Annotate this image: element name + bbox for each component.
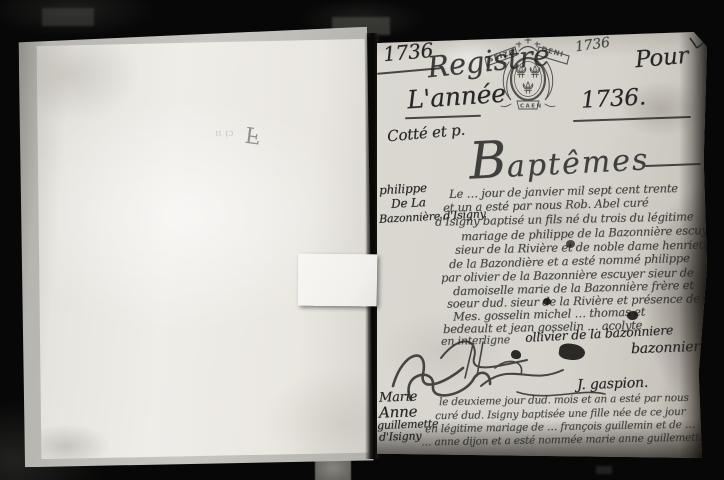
underline-flourish bbox=[573, 116, 691, 122]
year-annotation-right: 1736 bbox=[574, 35, 611, 56]
entry1-margin-line: De La bbox=[391, 195, 426, 211]
faint-ink-offset-mark: F bbox=[244, 121, 262, 148]
section-heading-baptemes: Baptêmes bbox=[468, 123, 651, 191]
corner-fold-mark bbox=[689, 36, 709, 52]
entry2-margin-line: d'Isigny bbox=[379, 429, 422, 443]
ink-blot bbox=[511, 350, 521, 359]
stamp-city-text: CAEN bbox=[520, 104, 543, 110]
background-smudge bbox=[596, 466, 612, 474]
cote-annotation: Cotté et p. bbox=[386, 121, 465, 146]
faint-ink-dots: ci ıı bbox=[215, 128, 233, 139]
right-manuscript-page: 1736 Registre SEIZ bbox=[377, 32, 707, 458]
underline-flourish bbox=[405, 115, 481, 120]
ink-blot bbox=[566, 240, 575, 248]
page-tab-fragment bbox=[315, 459, 351, 480]
archival-scan: F ci ıı 1736 Registre bbox=[0, 0, 724, 480]
left-blank-page: F ci ıı bbox=[37, 39, 370, 459]
background-smudge bbox=[42, 8, 94, 26]
ink-blot bbox=[543, 298, 551, 305]
pasted-paper-label bbox=[298, 254, 378, 307]
title-pour: Pour bbox=[634, 43, 689, 74]
title-year: 1736. bbox=[580, 84, 646, 113]
ink-blot bbox=[627, 311, 638, 320]
